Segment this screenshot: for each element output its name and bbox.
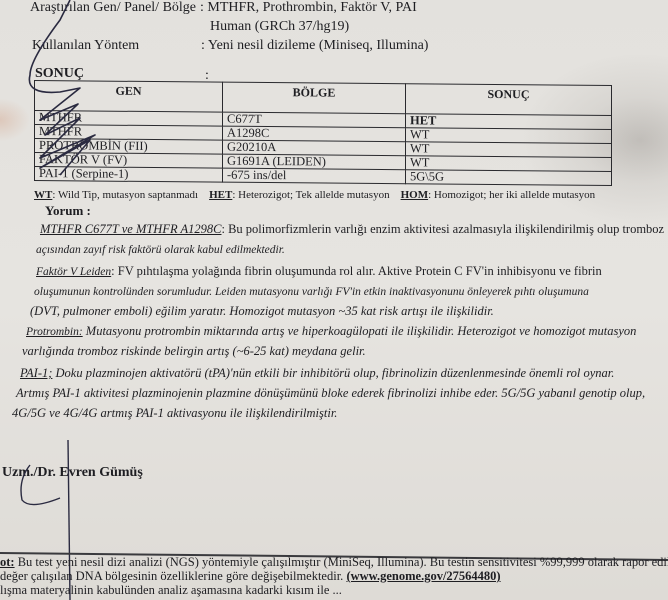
cell-sonuc: 5G\5G [406, 170, 612, 186]
comment-pt-key: Protrombin: [26, 326, 83, 338]
genome-reference: Human (GRCh 37/hg19) [210, 19, 349, 35]
comment-factor-v: Faktör V Leiden: FV pıhtılaşma yolağında… [36, 261, 602, 283]
footer-note-key: ot: [0, 555, 15, 569]
column-header-gen: GEN [35, 81, 223, 113]
footer-note-line2: değer çalışılan DNA bölgesinin özellikle… [0, 569, 501, 584]
results-table: GEN BÖLGE SONUÇ MTHFRC677THETMTHFRA1298C… [34, 80, 612, 186]
comment-factor-v-cont2: (DVT, pulmoner emboli) eğilim yaratır. H… [30, 301, 494, 322]
comment-title: Yorum : [45, 203, 91, 219]
comment-mthfr-key: MTHFR C677T ve MTHFR A1298C [40, 222, 221, 236]
comment-prothrombin: Protrombin: Mutasyonu protrombin miktarı… [26, 321, 636, 343]
footer-note-line1: ot: Bu test yeni nesil dizi analizi (NGS… [0, 555, 668, 570]
comment-pai-key: PAI-1; [20, 366, 52, 380]
comment-pai1-cont1: Artmış PAI-1 aktivitesi plazminojenin pl… [16, 383, 645, 404]
column-header-sonuc: SONUÇ [406, 84, 612, 116]
gene-panel-value: : MTHFR, Prothrombin, Faktör V, PAI [200, 0, 417, 16]
legend-hom-text: : Homozigot; her iki allelde mutasyon [428, 189, 595, 201]
comment-mthfr: MTHFR C677T ve MTHFR A1298C: Bu polimorf… [40, 219, 664, 240]
comment-factor-v-cont1: oluşumunun kontrolünden sorumludur. Leid… [34, 281, 589, 303]
comment-mthfr-cont: açısından zayıf risk faktörü olarak kabu… [36, 240, 285, 261]
method-label: Kullanılan Yöntem [32, 38, 139, 54]
method-value: : Yeni nesil dizileme (Miniseq, Illumina… [201, 38, 428, 54]
gene-panel-label: Araştırılan Gen/ Panel/ Bölge [30, 0, 196, 16]
cell-gen: PAI-1 (Serpine-1) [35, 167, 223, 183]
genome-gov-link[interactable]: (www.genome.gov/27564480) [346, 569, 500, 583]
legend-wt-text: : Wild Tip, mutasyon saptanmadı [52, 189, 198, 201]
result-legend: WT: Wild Tip, mutasyon saptanmadı HET: H… [34, 189, 595, 201]
legend-wt-key: WT [34, 189, 52, 201]
comment-pai1-cont2: 4G/5G ve 4G/4G artmış PAI-1 aktivasyonu … [12, 403, 337, 424]
legend-hom-key: HOM [401, 189, 429, 201]
cell-sonuc: HET [406, 114, 612, 130]
cell-bolge: -675 ins/del [223, 168, 406, 184]
legend-het-key: HET [209, 189, 232, 201]
signatory-name: Uzm./Dr. Evren Gümüş [2, 465, 143, 481]
legend-het-text: : Heterozigot; Tek allelde mutasyon [232, 189, 389, 201]
comment-fv-key: Faktör V Leiden [36, 266, 111, 278]
column-header-bolge: BÖLGE [223, 82, 406, 114]
comment-prothrombin-cont: varlığında tromboz riskinde belirgin art… [22, 341, 366, 362]
comment-pai1: PAI-1; Doku plazminojen aktivatörü (tPA)… [20, 363, 614, 384]
footer-note-line3: lışma materyalinin kabulünden analiz aşa… [0, 583, 342, 598]
